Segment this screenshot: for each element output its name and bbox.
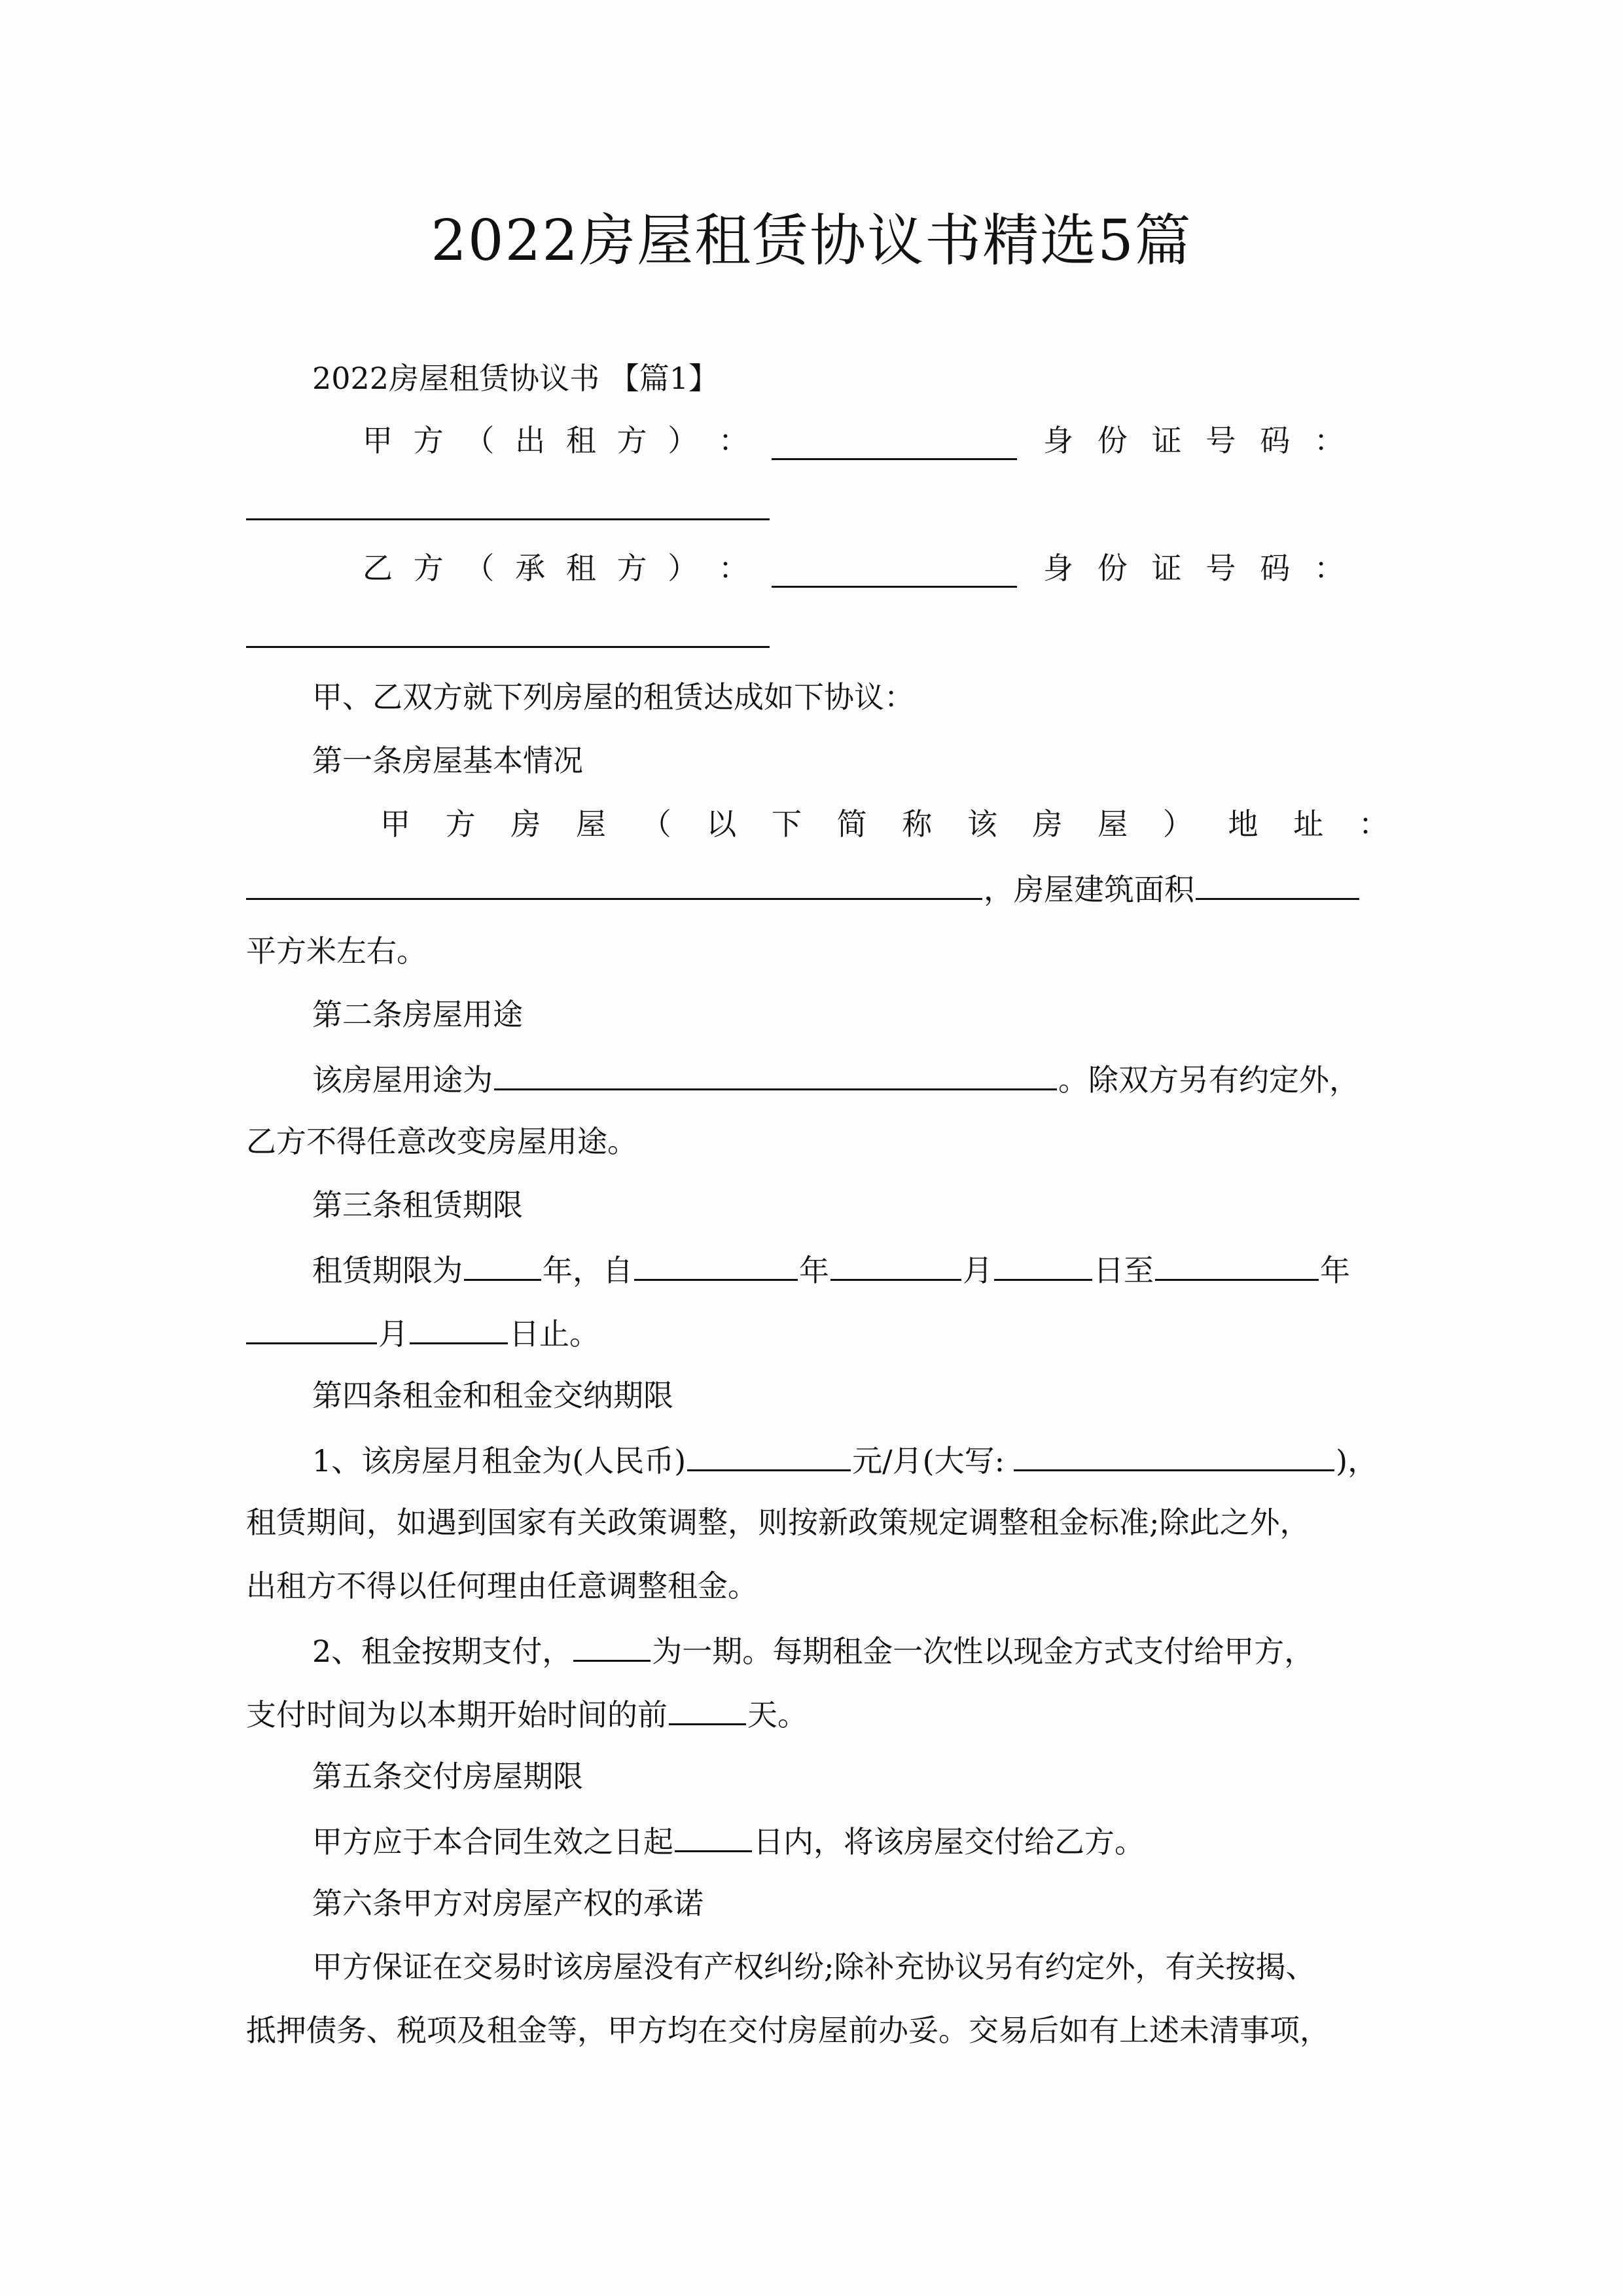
article-1-heading: 第一条房屋基本情况 (246, 741, 1455, 780)
article-3-heading: 第三条租赁期限 (246, 1185, 1455, 1225)
article-5-heading: 第五条交付房屋期限 (246, 1757, 1455, 1796)
party-b-label: 乙方（承租方）： (363, 548, 749, 588)
end-month-field[interactable] (246, 1312, 377, 1344)
party-b-row: 乙方（承租方）： 身份证号码： (246, 548, 1389, 588)
area-field[interactable] (1196, 868, 1359, 900)
article-6-heading: 第六条甲方对房屋产权的承诺 (246, 1884, 1455, 1923)
article-4-item-2: 2、租金按期支付，为一期。每期租金一次性以现金方式支付给甲方， (246, 1630, 1455, 1671)
section-heading: 2022房屋租赁协议书 【篇1】 (246, 359, 1455, 398)
start-day-field[interactable] (994, 1249, 1092, 1281)
end-day-field[interactable] (410, 1312, 508, 1344)
party-b-id-label: 身份证号码： (1043, 548, 1344, 588)
article-4-item-1-line-3: 出租方不得以任何理由任意调整租金。 (246, 1566, 1389, 1605)
article-2-line-2: 乙方不得任意改变房屋用途。 (246, 1122, 1389, 1161)
party-a-row: 甲方（出租方）： 身份证号码： (246, 421, 1389, 460)
article-3-line-1: 租赁期限为年，自年月日至年 (246, 1249, 1455, 1290)
end-year-field[interactable] (1155, 1249, 1319, 1281)
party-a-id-label: 身份证号码： (1043, 421, 1344, 460)
article-4-item-1: 1、该房屋月租金为(人民币)元/月(大写:)， (246, 1439, 1455, 1480)
article-6-line-2: 抵押债务、税项及租金等，甲方均在交付房屋前办妥。交易后如有上述未清事项， (246, 2011, 1389, 2050)
payment-days-field[interactable] (669, 1693, 746, 1725)
area-unit-text: 平方米左右。 (246, 931, 1389, 971)
party-b-name-field[interactable] (772, 556, 1017, 588)
address-field[interactable] (246, 868, 982, 900)
party-a-label: 甲方（出租方）： (363, 421, 749, 460)
article-5-line: 甲方应于本合同生效之日起日内，将该房屋交付给乙方。 (246, 1820, 1455, 1861)
intro-text: 甲、乙双方就下列房屋的租赁达成如下协议： (246, 677, 1455, 717)
party-b-id-field[interactable] (246, 646, 770, 648)
article-4-item-1-line-2: 租赁期间，如遇到国家有关政策调整，则按新政策规定调整租金标准;除此之外， (246, 1503, 1389, 1542)
start-year-field[interactable] (634, 1249, 798, 1281)
article-4-item-2-line-2: 支付时间为以本期开始时间的前天。 (246, 1693, 1389, 1734)
party-a-id-field[interactable] (246, 518, 770, 520)
article-1-address-label: 甲方房屋（以下简称该房屋）地址： (246, 804, 1389, 844)
payment-period-field[interactable] (573, 1630, 651, 1662)
article-2-heading: 第二条房屋用途 (246, 995, 1455, 1034)
article-3-line-2: 月日止。 (246, 1312, 1389, 1354)
start-month-field[interactable] (830, 1249, 961, 1281)
article-2-line-1: 该房屋用途为。除双方另有约定外， (246, 1058, 1455, 1100)
term-years-field[interactable] (464, 1249, 541, 1281)
rent-amount-words-field[interactable] (1014, 1439, 1334, 1471)
article-6-line-1: 甲方保证在交易时该房屋没有产权纠纷;除补充协议另有约定外，有关按揭、 (246, 1947, 1455, 1986)
party-a-name-field[interactable] (772, 428, 1017, 460)
rent-amount-field[interactable] (687, 1439, 851, 1471)
article-4-heading: 第四条租金和租金交纳期限 (246, 1376, 1455, 1415)
delivery-days-field[interactable] (675, 1820, 752, 1852)
usage-field[interactable] (494, 1058, 1057, 1090)
article-1-address-row: ，房屋建筑面积 (246, 868, 1389, 909)
document-title: 2022房屋租赁协议书精选5篇 (0, 208, 1623, 274)
